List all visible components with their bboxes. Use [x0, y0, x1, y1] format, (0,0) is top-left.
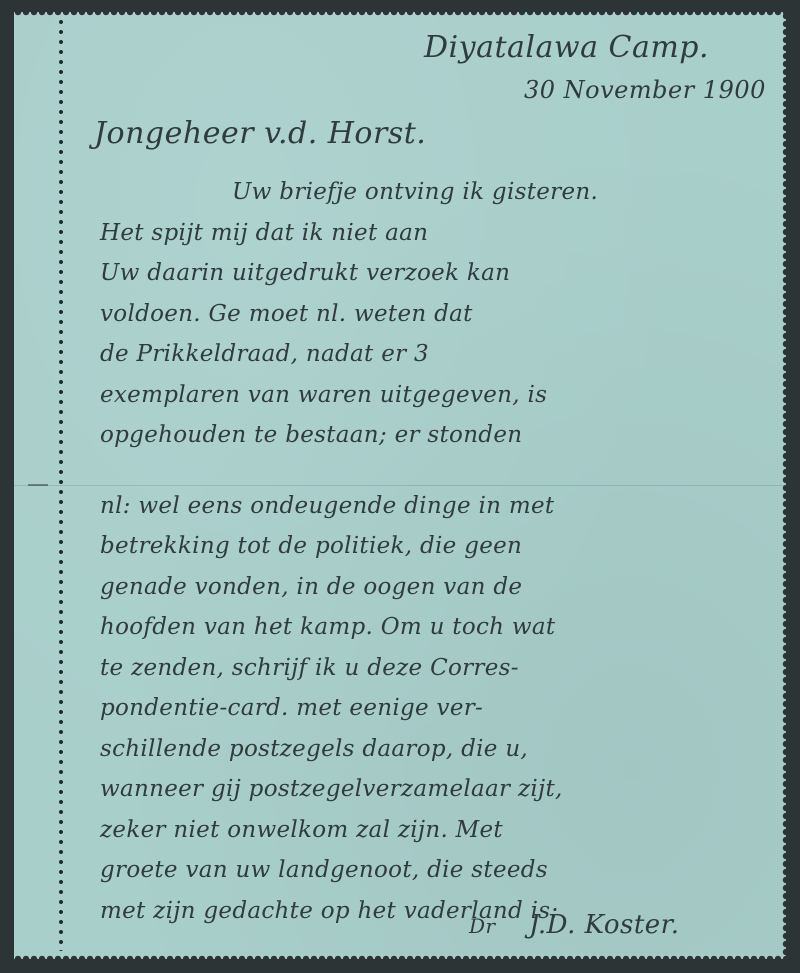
- body-line: Uw daarin uitgedrukt verzoek kan: [100, 253, 780, 294]
- body-line: opgehouden te bestaan; er stonden: [100, 415, 780, 456]
- body-line: wanneer gij postzegelverzamelaar zijt,: [100, 769, 780, 810]
- body-line: exemplaren van waren uitgegeven, is: [100, 375, 780, 416]
- letter-body: Uw briefje ontving ik gisteren. Het spij…: [100, 172, 780, 931]
- closing-title: Dr: [469, 914, 496, 938]
- signature: J.D. Koster.: [529, 910, 680, 940]
- body-line: genade vonden, in de oogen van de: [100, 567, 780, 608]
- body-line: nl: wel eens ondeugende dinge in met: [100, 486, 780, 527]
- letter-card: Diyatalawa Camp. 30 November 1900 Jongeh…: [14, 12, 786, 959]
- body-line: voldoen. Ge moet nl. weten dat: [100, 294, 780, 335]
- body-line: Het spijt mij dat ik niet aan: [100, 213, 780, 254]
- perforated-edge-top: [14, 12, 786, 18]
- letter-place: Diyatalawa Camp.: [424, 30, 709, 65]
- body-line: de Prikkeldraad, nadat er 3: [100, 334, 780, 375]
- body-line: zeker niet onwelkom zal zijn. Met: [100, 810, 780, 851]
- perforated-edge-bottom: [14, 953, 786, 959]
- body-line: betrekking tot de politiek, die geen: [100, 526, 780, 567]
- body-line: groete van uw landgenoot, die steeds: [100, 850, 780, 891]
- body-line: hoofden van het kamp. Om u toch wat: [100, 607, 780, 648]
- body-line: te zenden, schrijf ik u deze Corres-: [100, 648, 780, 689]
- letter-date: 30 November 1900: [524, 76, 766, 104]
- body-line: schillende postzegels daarop, die u,: [100, 729, 780, 770]
- body-line: pondentie-card. met eenige ver-: [100, 688, 780, 729]
- body-line: Uw briefje ontving ik gisteren.: [100, 172, 780, 213]
- fold-notch: [28, 484, 48, 486]
- letter-salutation: Jongeheer v.d. Horst.: [94, 116, 426, 151]
